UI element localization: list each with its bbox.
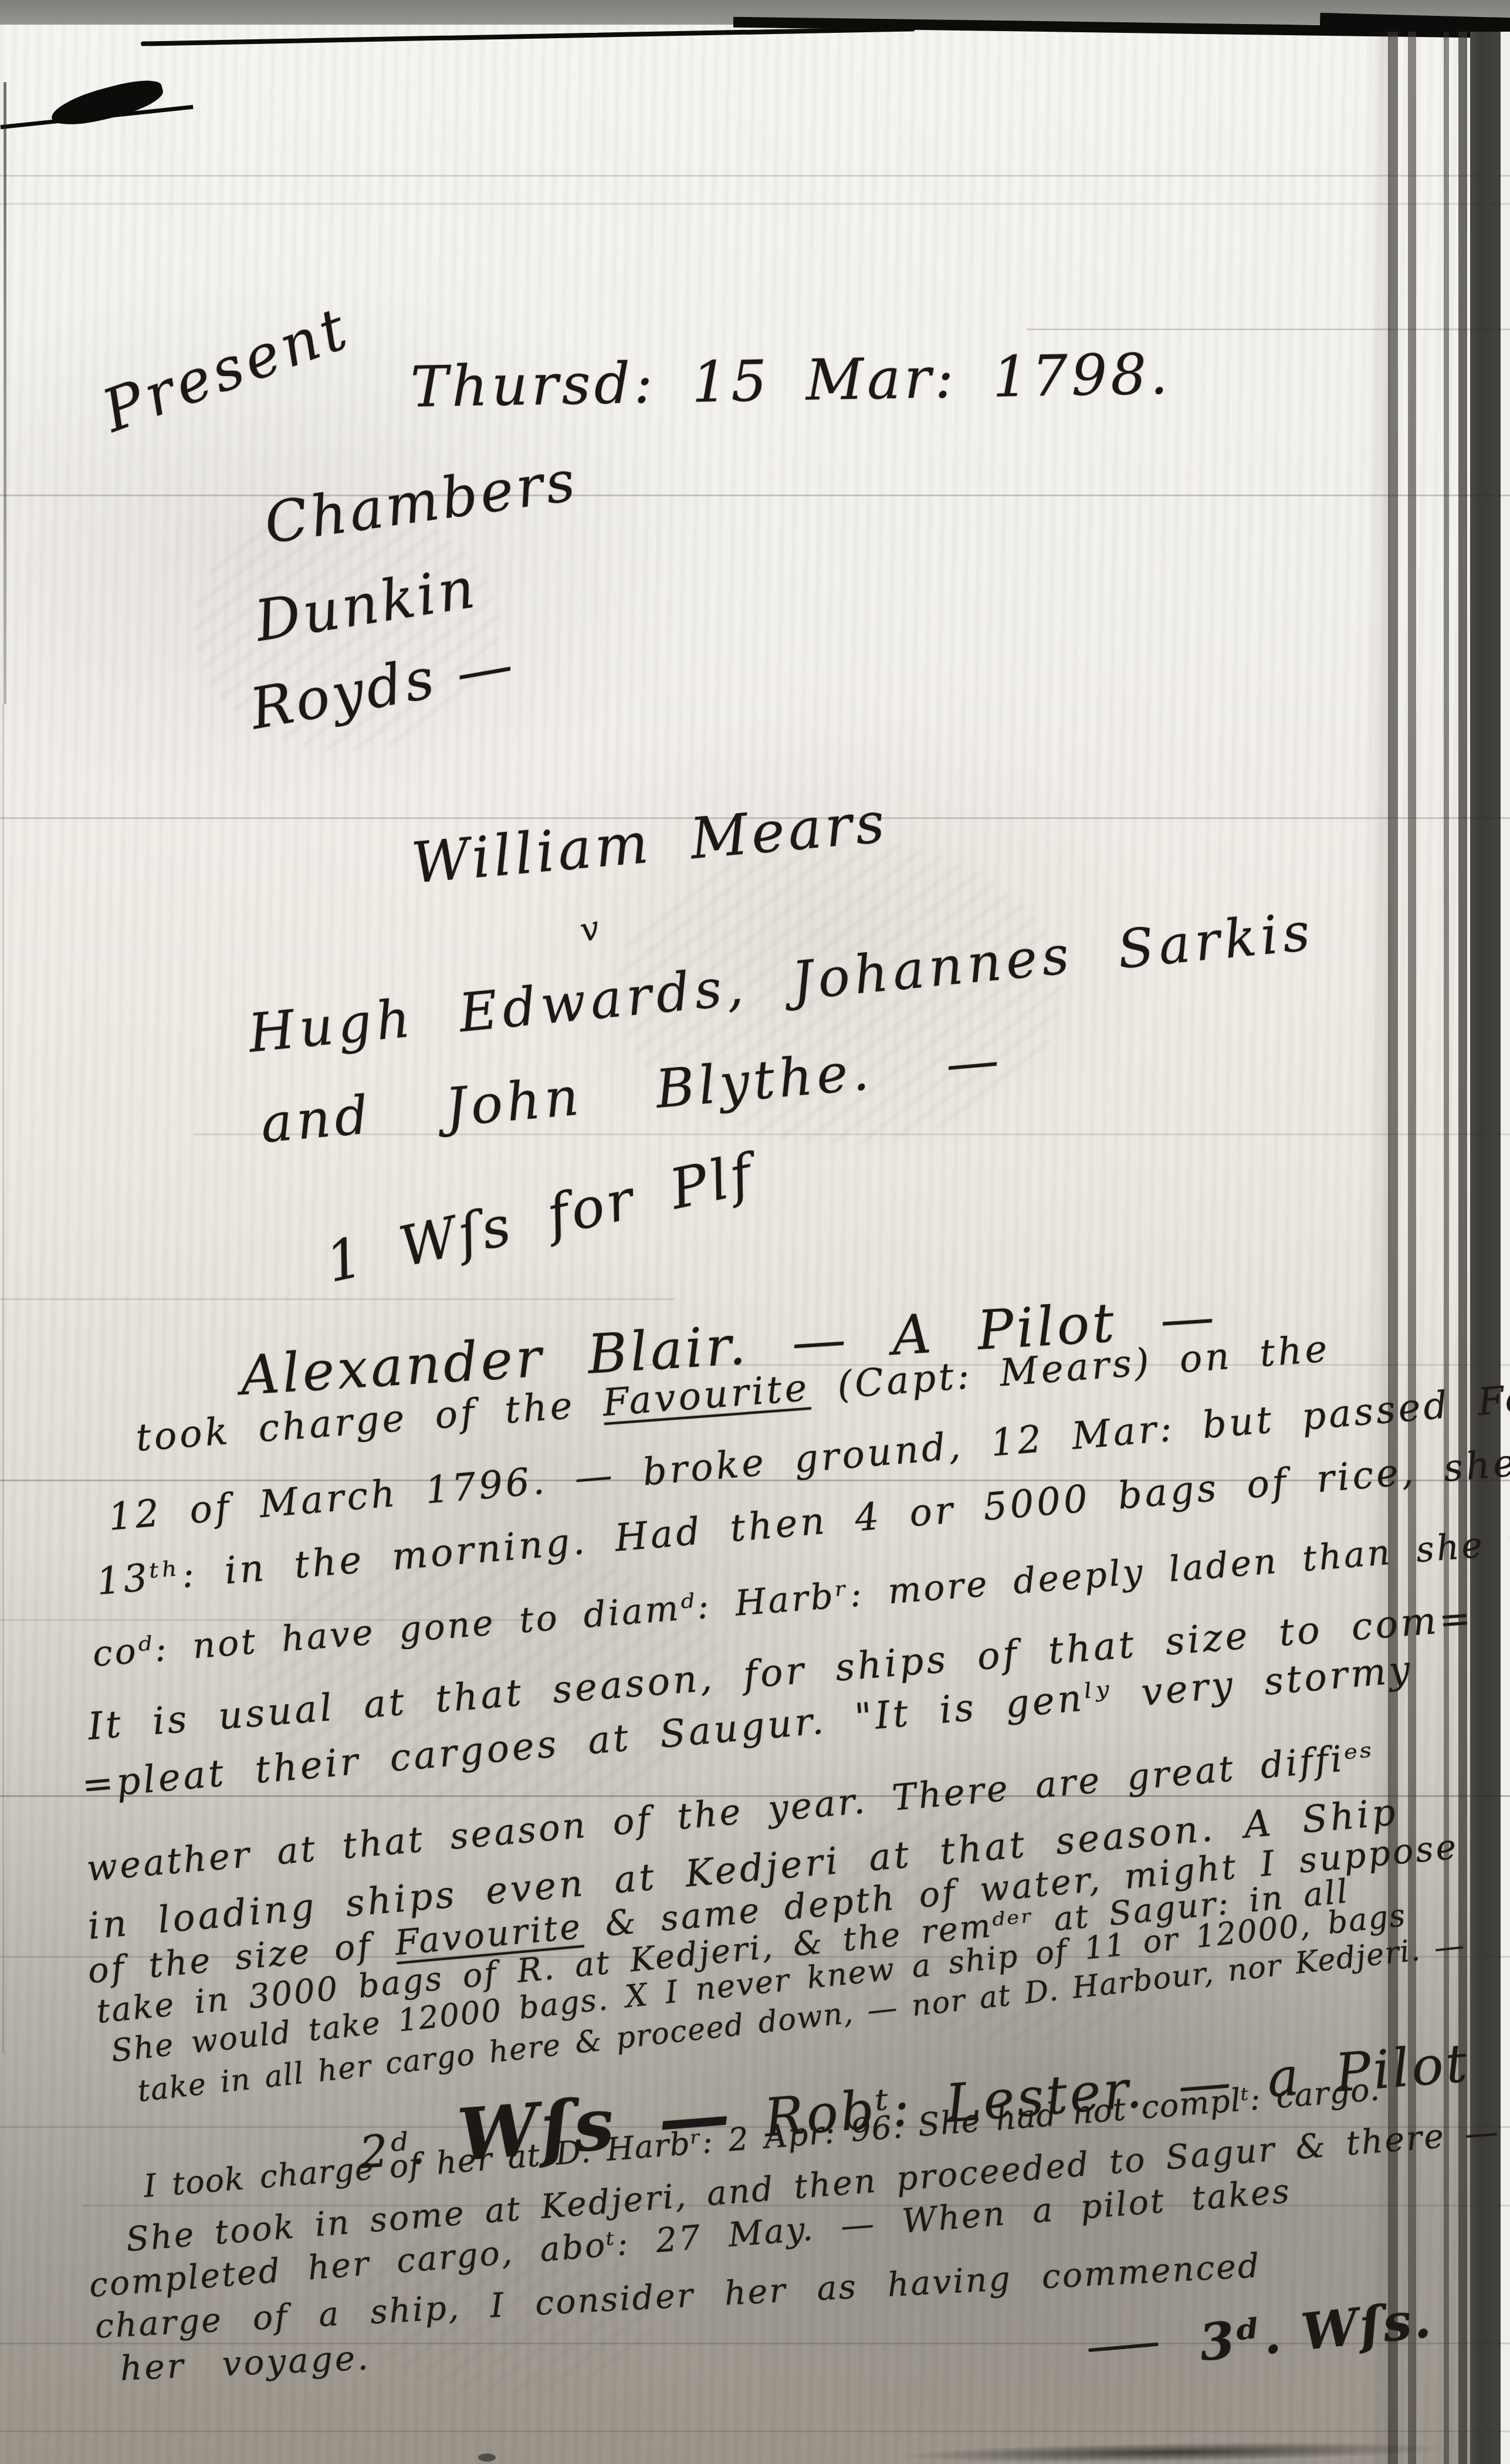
binding-stripe bbox=[1444, 32, 1449, 2464]
binding-band bbox=[1470, 32, 1502, 2464]
scan-line bbox=[0, 2431, 1510, 2432]
footer-witness-mark: 3ᵈ. Wſs. bbox=[1197, 2294, 1435, 2369]
manuscript-page: Thursd: 15 Mar: 1798. Present Chambers D… bbox=[0, 0, 1510, 2464]
page-top-edge-line bbox=[141, 26, 915, 46]
binding-stripe bbox=[1458, 32, 1467, 2464]
versus-mark: v bbox=[577, 912, 602, 947]
bottom-smudge bbox=[478, 2453, 496, 2462]
witness1-heading: 1 Wſs for Plf bbox=[321, 1147, 759, 1291]
scan-line bbox=[0, 1298, 675, 1300]
present-label: Present bbox=[96, 298, 357, 441]
page-left-edge bbox=[2, 704, 4, 2053]
scan-line bbox=[0, 203, 1510, 205]
date-heading: Thursd: 15 Mar: 1798. bbox=[410, 346, 1172, 415]
testimony-line: her voyage. bbox=[120, 2340, 371, 2385]
scan-line bbox=[1027, 329, 1510, 330]
ink-blot bbox=[48, 75, 167, 132]
page-outer-edge bbox=[1501, 32, 1510, 2464]
binding-stripe bbox=[1408, 32, 1416, 2464]
scan-line bbox=[0, 175, 1510, 177]
scan-line bbox=[0, 495, 1510, 496]
